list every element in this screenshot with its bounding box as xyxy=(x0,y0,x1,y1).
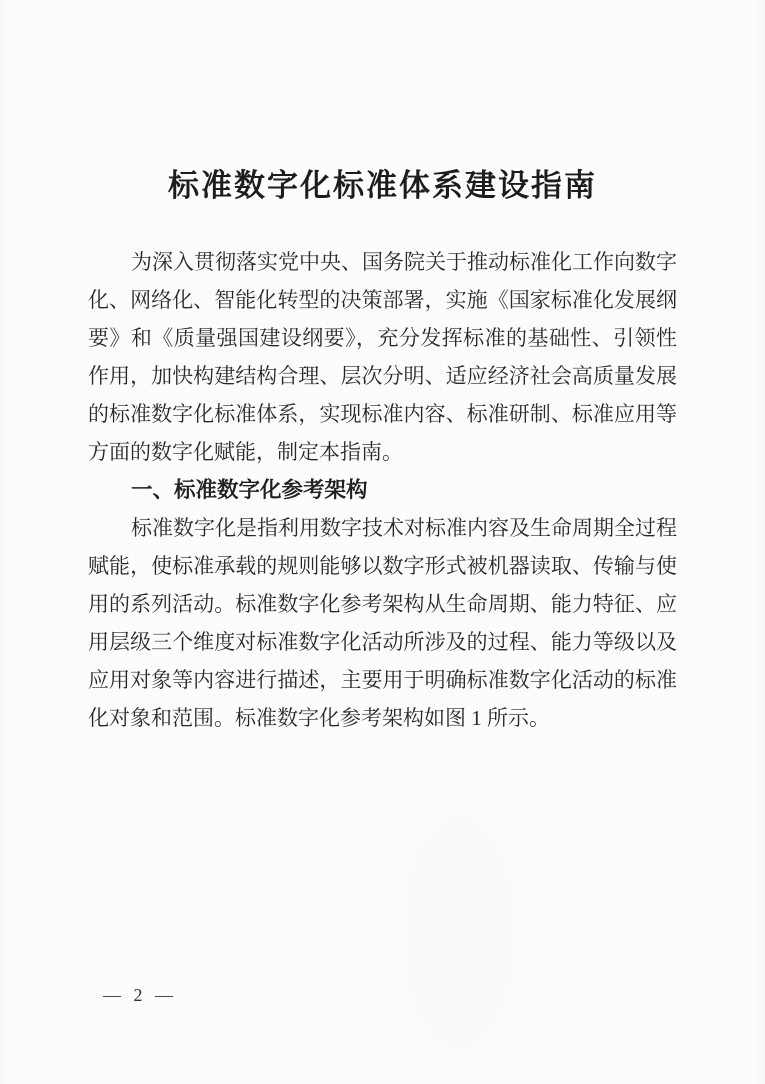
body-text: 为深入贯彻落实党中央、国务院关于推动标准化工作向数字 化、网络化、智能化转型的决… xyxy=(88,243,677,737)
paragraph-line: 用的系列活动。标准数字化参考架构从生命周期、能力特征、应 xyxy=(88,585,677,623)
paragraph-line: 化对象和范围。标准数字化参考架构如图 1 所示。 xyxy=(88,699,677,737)
paragraph-line: 化、网络化、智能化转型的决策部署，实施《国家标准化发展纲 xyxy=(88,281,677,319)
paragraph-line: 用层级三个维度对标准数字化活动所涉及的过程、能力等级以及 xyxy=(88,623,677,661)
paragraph-line: 方面的数字化赋能，制定本指南。 xyxy=(88,433,677,471)
paragraph-line: 应用对象等内容进行描述，主要用于明确标准数字化活动的标准 xyxy=(88,661,677,699)
paragraph-line: 标准数字化是指利用数字技术对标准内容及生命周期全过程 xyxy=(88,509,677,547)
section-heading: 一、标准数字化参考架构 xyxy=(88,471,677,509)
paragraph-line: 要》和《质量强国建设纲要》，充分发挥标准的基础性、引领性 xyxy=(88,319,677,357)
document-title: 标准数字化标准体系建设指南 xyxy=(0,160,765,205)
document-page: 标准数字化标准体系建设指南 为深入贯彻落实党中央、国务院关于推动标准化工作向数字… xyxy=(0,0,765,1084)
paragraph-line: 作用，加快构建结构合理、层次分明、适应经济社会高质量发展 xyxy=(88,357,677,395)
page-number: — 2 — xyxy=(103,985,177,1006)
paragraph-line: 为深入贯彻落实党中央、国务院关于推动标准化工作向数字 xyxy=(88,243,677,281)
paragraph-line: 赋能，使标准承载的规则能够以数字形式被机器读取、传输与使 xyxy=(88,547,677,585)
paragraph-line: 的标准数字化标准体系，实现标准内容、标准研制、标准应用等 xyxy=(88,395,677,433)
